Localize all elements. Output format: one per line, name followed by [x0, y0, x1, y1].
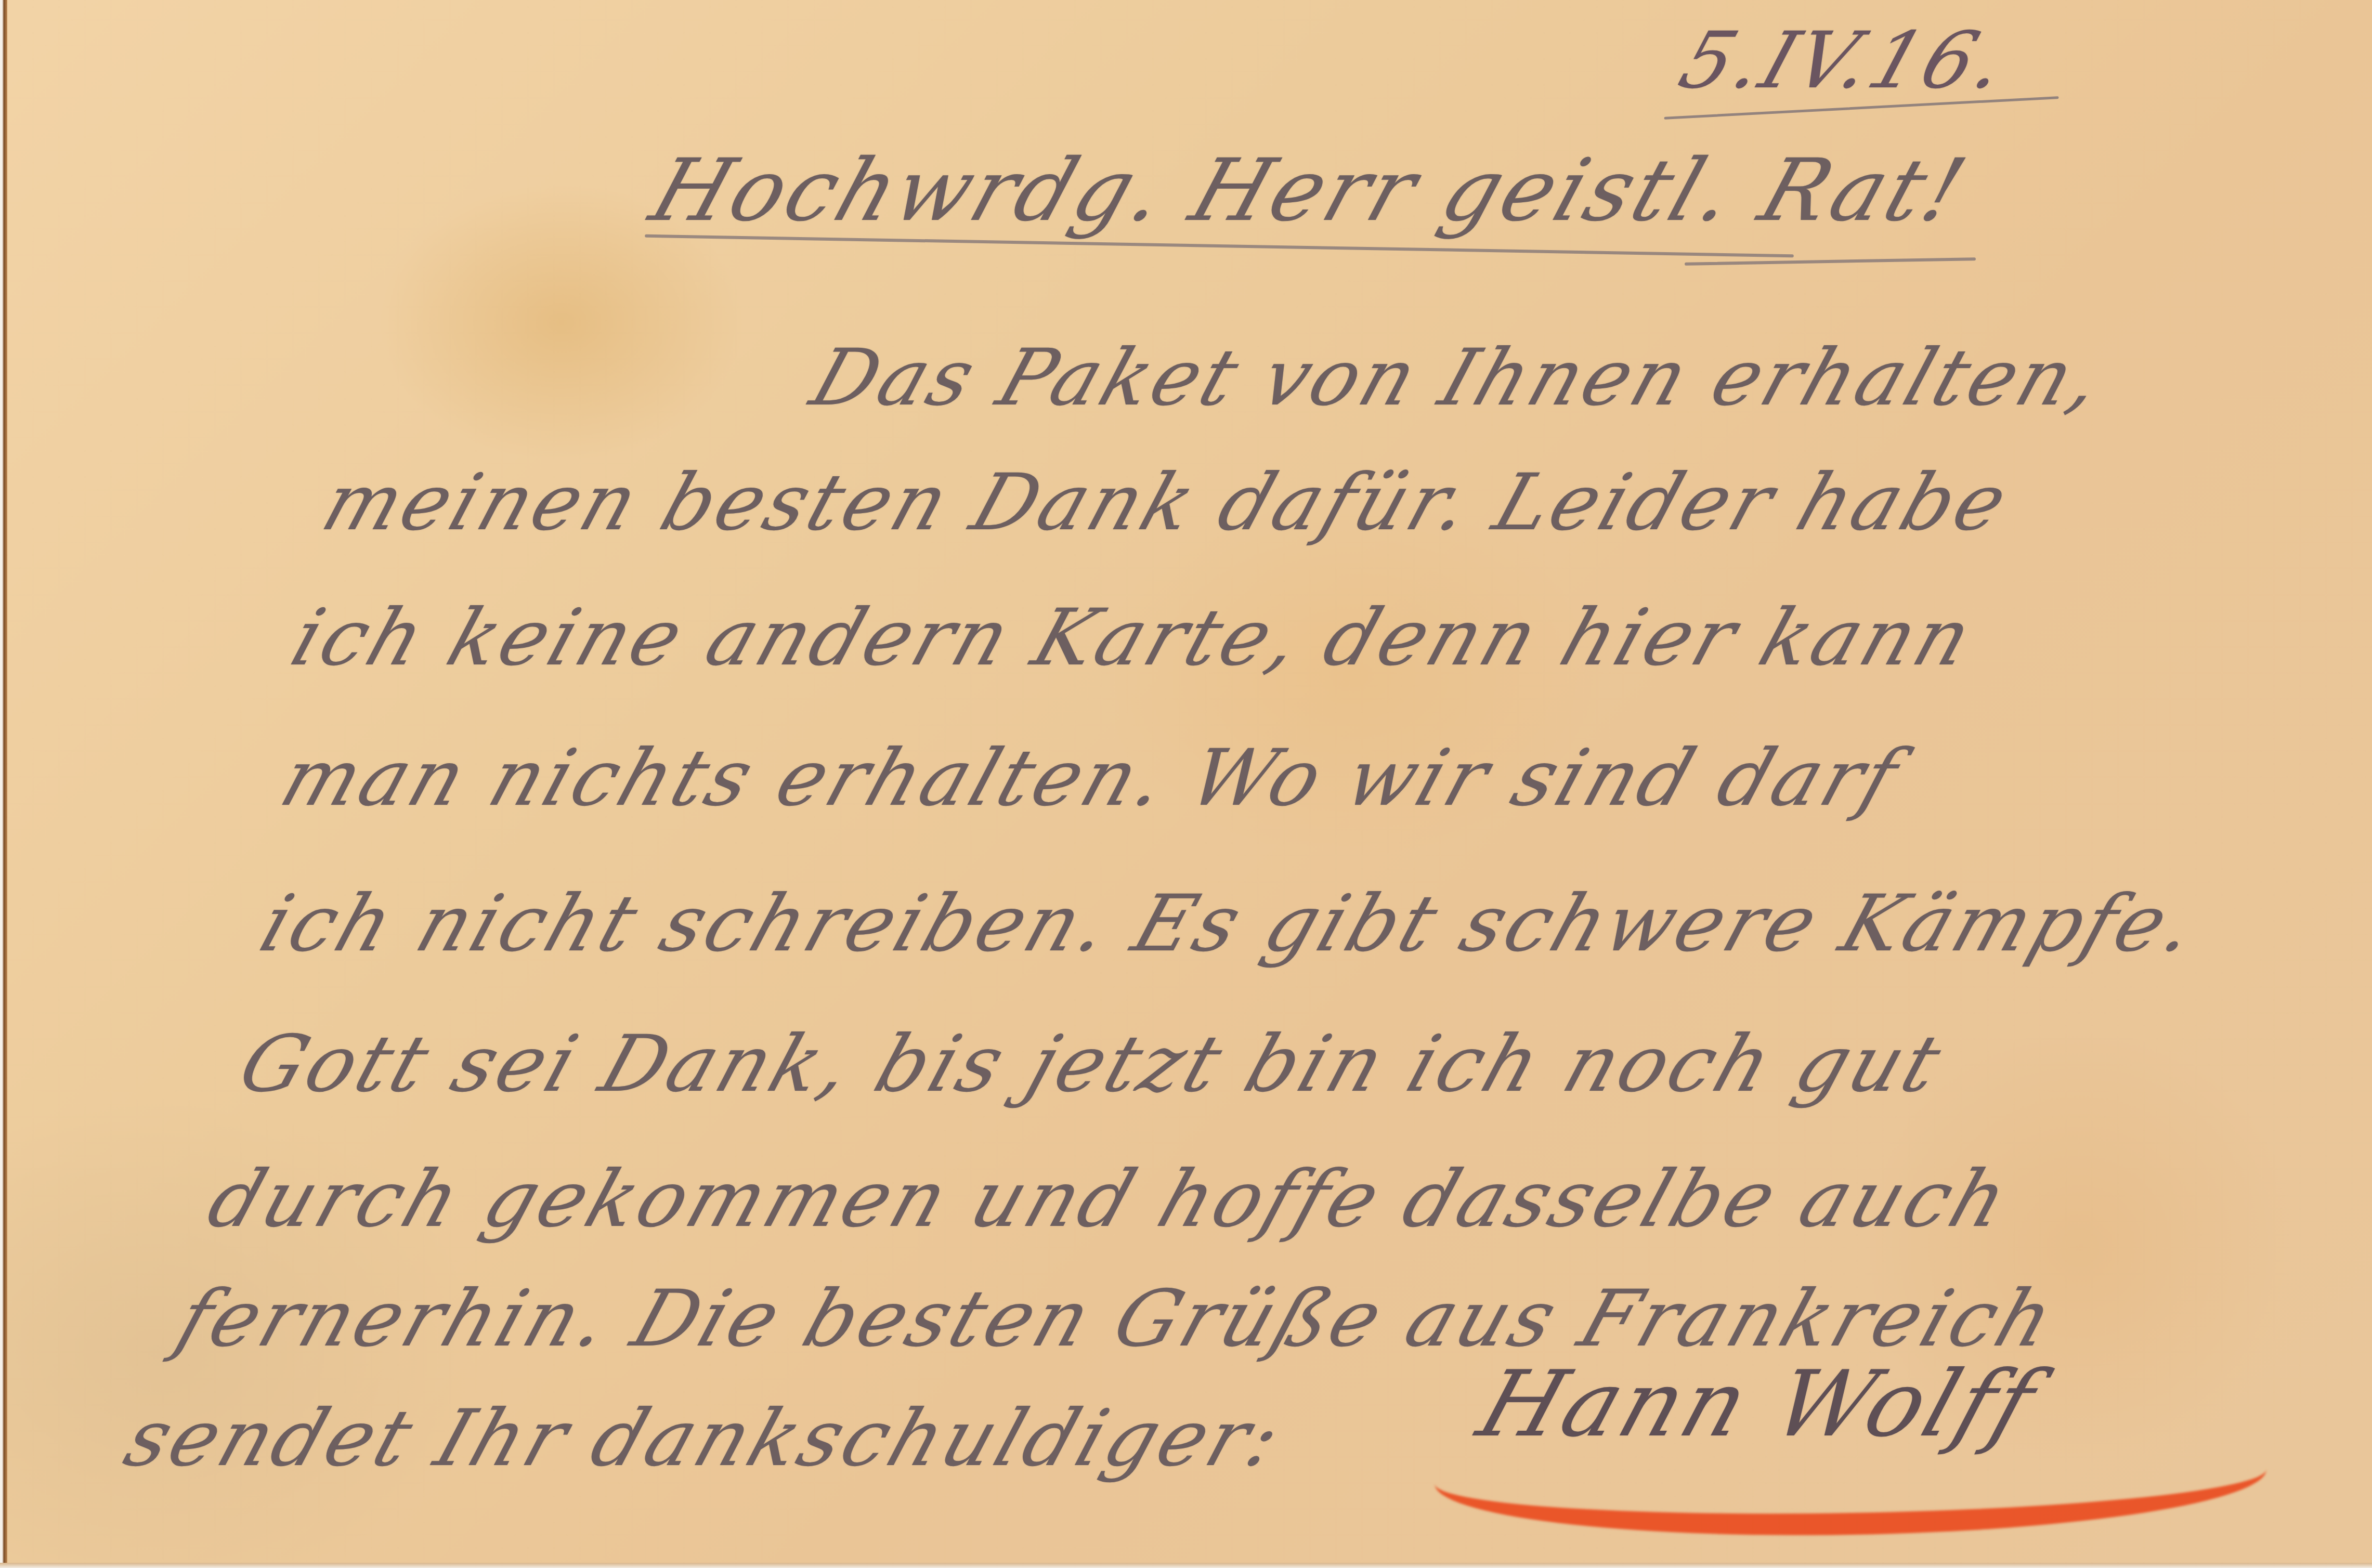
- body-line-1: Das Paket von Ihnen erhalten,: [801, 333, 2116, 423]
- body-line-3: ich keine andern Karte, denn hier kann: [281, 593, 1985, 683]
- body-line-5: ich nicht schreiben. Es gibt schwere Käm…: [250, 879, 2210, 969]
- body-line-9: sendet Ihr dankschuldiger:: [114, 1393, 1294, 1484]
- body-line-7: durch gekommen und hoffe dasselbe auch: [198, 1154, 2021, 1245]
- body-line-6: Gott sei Dank, bis jetzt bin ich noch gu…: [229, 1019, 1954, 1109]
- salutation-underline-2: [1685, 257, 1976, 266]
- signature: Hann Wolff: [1466, 1352, 2050, 1457]
- paper-edge-left: [0, 0, 7, 1568]
- body-line-4: man nichts erhalten. Wo wir sind darf: [270, 733, 1911, 824]
- paper-edge-bottom: [0, 1563, 2372, 1568]
- body-line-8: fernerhin. Die besten Grüße aus Frankrei…: [166, 1274, 2067, 1364]
- salutation: Hochwrdg. Herr geistl. Rat!: [640, 140, 1980, 240]
- signature-red-underline: [1435, 1469, 2267, 1542]
- postcard: 5.IV.16. Hochwrdg. Herr geistl. Rat! Das…: [0, 0, 2372, 1568]
- date: 5.IV.16.: [1669, 16, 2020, 106]
- body-line-2: meinen besten Dank dafür. Leider habe: [312, 458, 2021, 548]
